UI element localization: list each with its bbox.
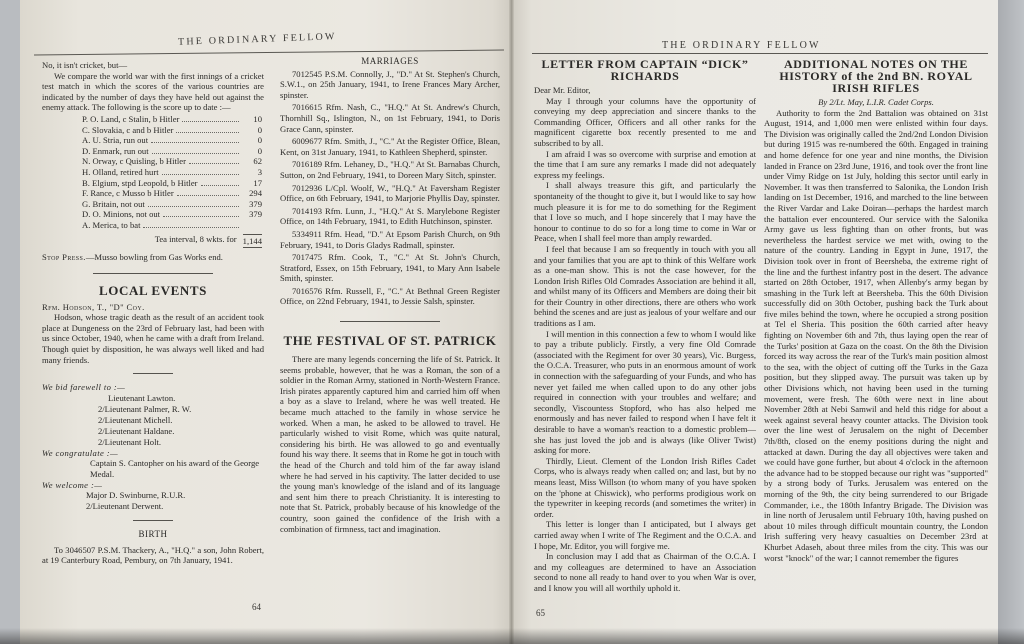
score-row: H. Olland, retired hurt3 — [42, 167, 264, 178]
magazine-spread: THE ORDINARY FELLOW No, it isn't cricket… — [0, 0, 1024, 644]
score-row: G. Britain, not out379 — [42, 199, 264, 210]
list-item: 2/Lieutenant Holt. — [98, 437, 264, 448]
score-row: N. Orway, c Quisling, b Hitler62 — [42, 156, 264, 167]
history-paragraph: Authority to form the 2nd Battalion was … — [764, 108, 988, 564]
page-number-right: 65 — [536, 608, 545, 618]
congratulate-text: Captain S. Cantopher on his award of the… — [42, 458, 264, 479]
list-item: 2/Lieutenant Palmer, R. W. — [98, 404, 264, 415]
marriages-heading: MARRIAGES — [280, 56, 500, 67]
marriage-entry: 7016576 Rfm. Russell, F., "C." At Bethna… — [280, 286, 500, 307]
stop-press: Stop Press.—Musso bowling from Gas Works… — [42, 252, 264, 263]
history-heading: ADDITIONAL NOTES ON THE HISTORY of the 2… — [764, 58, 988, 94]
local-events-heading: LOCAL EVENTS — [42, 284, 264, 298]
header-rule-left — [34, 50, 504, 56]
marriage-entry: 7012936 L/Cpl. Woolf, W., "H.Q." At Fave… — [280, 183, 500, 204]
letter-paragraph: I will mention in this connection a few … — [534, 329, 756, 456]
welcome-list: Major D. Swinburne, R.U.R. 2/Lieutenant … — [42, 490, 264, 512]
page-number-left: 64 — [252, 602, 261, 612]
marriage-entry: 5334911 Rfm. Head, "D." At Epsom Parish … — [280, 229, 500, 250]
list-item: 2/Lieutenant Haldane. — [98, 426, 264, 437]
list-item: Major D. Swinburne, R.U.R. — [86, 490, 264, 501]
list-item: Lieutenant Lawton. — [98, 393, 264, 404]
score-row: D. O. Minions, not out379 — [42, 209, 264, 220]
welcome-label: We welcome :— — [42, 480, 264, 491]
st-patrick-heading: THE FESTIVAL OF ST. PATRICK — [280, 334, 500, 348]
score-row: F. Rance, c Musso b Hitler294 — [42, 188, 264, 199]
letter-heading: LETTER FROM CAPTAIN “DICK” RICHARDS — [534, 58, 756, 82]
congratulate-label: We congratulate :— — [42, 448, 264, 459]
bottom-shadow — [0, 628, 1024, 644]
birth-heading: BIRTH — [42, 529, 264, 540]
letter-paragraph: I feel that because I am so frequently i… — [534, 244, 756, 329]
list-item: 2/Lieutenant Derwent. — [86, 501, 264, 512]
letter-paragraph: I am afraid I was so overcome with surpr… — [534, 149, 756, 181]
letter-paragraph: May I through your columns have the oppo… — [534, 96, 756, 149]
birth-text: To 3046507 P.S.M. Thackery, A., "H.Q." a… — [42, 545, 264, 566]
header-rule-right — [532, 53, 988, 54]
letter-paragraph: Thirdly, Lieut. Clement of the London Ir… — [534, 456, 756, 520]
left-page: THE ORDINARY FELLOW No, it isn't cricket… — [20, 0, 512, 644]
marriage-entry: 7016189 Rfm. Lehaney, D., "H.Q." At St. … — [280, 159, 500, 180]
score-row: A. Merica, to bat — [42, 220, 264, 231]
cricket-intro-line: No, it isn't cricket, but— — [42, 60, 264, 71]
cricket-intro-paragraph: We compare the world war with the first … — [42, 71, 264, 113]
letter-paragraph: I shall always treasure this gift, and p… — [534, 180, 756, 244]
score-row: A. U. Stria, run out0 — [42, 135, 264, 146]
score-row: C. Slovakia, c and b Hitler0 — [42, 125, 264, 136]
list-item: 2/Lieutenant Michell. — [98, 415, 264, 426]
right-column-2: ADDITIONAL NOTES ON THE HISTORY of the 2… — [764, 58, 988, 563]
section-divider — [93, 273, 213, 274]
local-events-subject: Rfm. Hodson, T., "D" Coy. — [42, 302, 264, 313]
score-row: P. O. Land, c Stalin, b Hitler10 — [42, 114, 264, 125]
right-column-1: LETTER FROM CAPTAIN “DICK” RICHARDS Dear… — [534, 58, 756, 594]
marriage-entry: 6009677 Rfm. Smith, J., "C." At the Regi… — [280, 136, 500, 157]
right-page: THE ORDINARY FELLOW LETTER FROM CAPTAIN … — [512, 0, 998, 644]
running-head-left: THE ORDINARY FELLOW — [178, 31, 337, 48]
history-byline: By 2/Lt. May, L.I.R. Cadet Corps. — [764, 97, 988, 108]
farewell-label: We bid farewell to :— — [42, 382, 264, 393]
score-total: Tea interval, 8 wkts. for 1,144 — [42, 234, 264, 249]
letter-salutation: Dear Mr. Editor, — [534, 85, 756, 96]
marriage-entry: 7012545 P.S.M. Connolly, J., "D." At St.… — [280, 69, 500, 101]
letter-paragraph: This letter is longer than I anticipated… — [534, 519, 756, 551]
background-edge — [998, 0, 1024, 644]
section-divider — [340, 321, 440, 322]
left-column-2: MARRIAGES 7012545 P.S.M. Connolly, J., "… — [280, 56, 500, 534]
cricket-scoreboard: P. O. Land, c Stalin, b Hitler10 C. Slov… — [42, 114, 264, 248]
book-spine — [509, 0, 514, 644]
section-divider — [133, 520, 173, 521]
score-row: D. Enmark, run out0 — [42, 146, 264, 157]
marriage-entry: 7017475 Rfm. Cook, T., "C." At St. John'… — [280, 252, 500, 284]
marriage-entry: 7014193 Rfm. Lunn, J., "H.Q." At S. Mary… — [280, 206, 500, 227]
st-patrick-paragraph: There are many legends concerning the li… — [280, 354, 500, 534]
section-divider — [133, 373, 173, 374]
marriage-entry: 7016615 Rfm. Nash, C., "H.Q." At St. And… — [280, 102, 500, 134]
left-column-1: No, it isn't cricket, but— We compare th… — [42, 60, 264, 566]
local-events-paragraph: Hodson, whose tragic death as the result… — [42, 312, 264, 365]
running-head-right: THE ORDINARY FELLOW — [662, 40, 821, 51]
farewell-list: Lieutenant Lawton. 2/Lieutenant Palmer, … — [42, 393, 264, 448]
score-row: B. Elgium, stpd Leopold, b Hitler17 — [42, 178, 264, 189]
letter-paragraph: In conclusion may I add that as Chairman… — [534, 551, 756, 593]
